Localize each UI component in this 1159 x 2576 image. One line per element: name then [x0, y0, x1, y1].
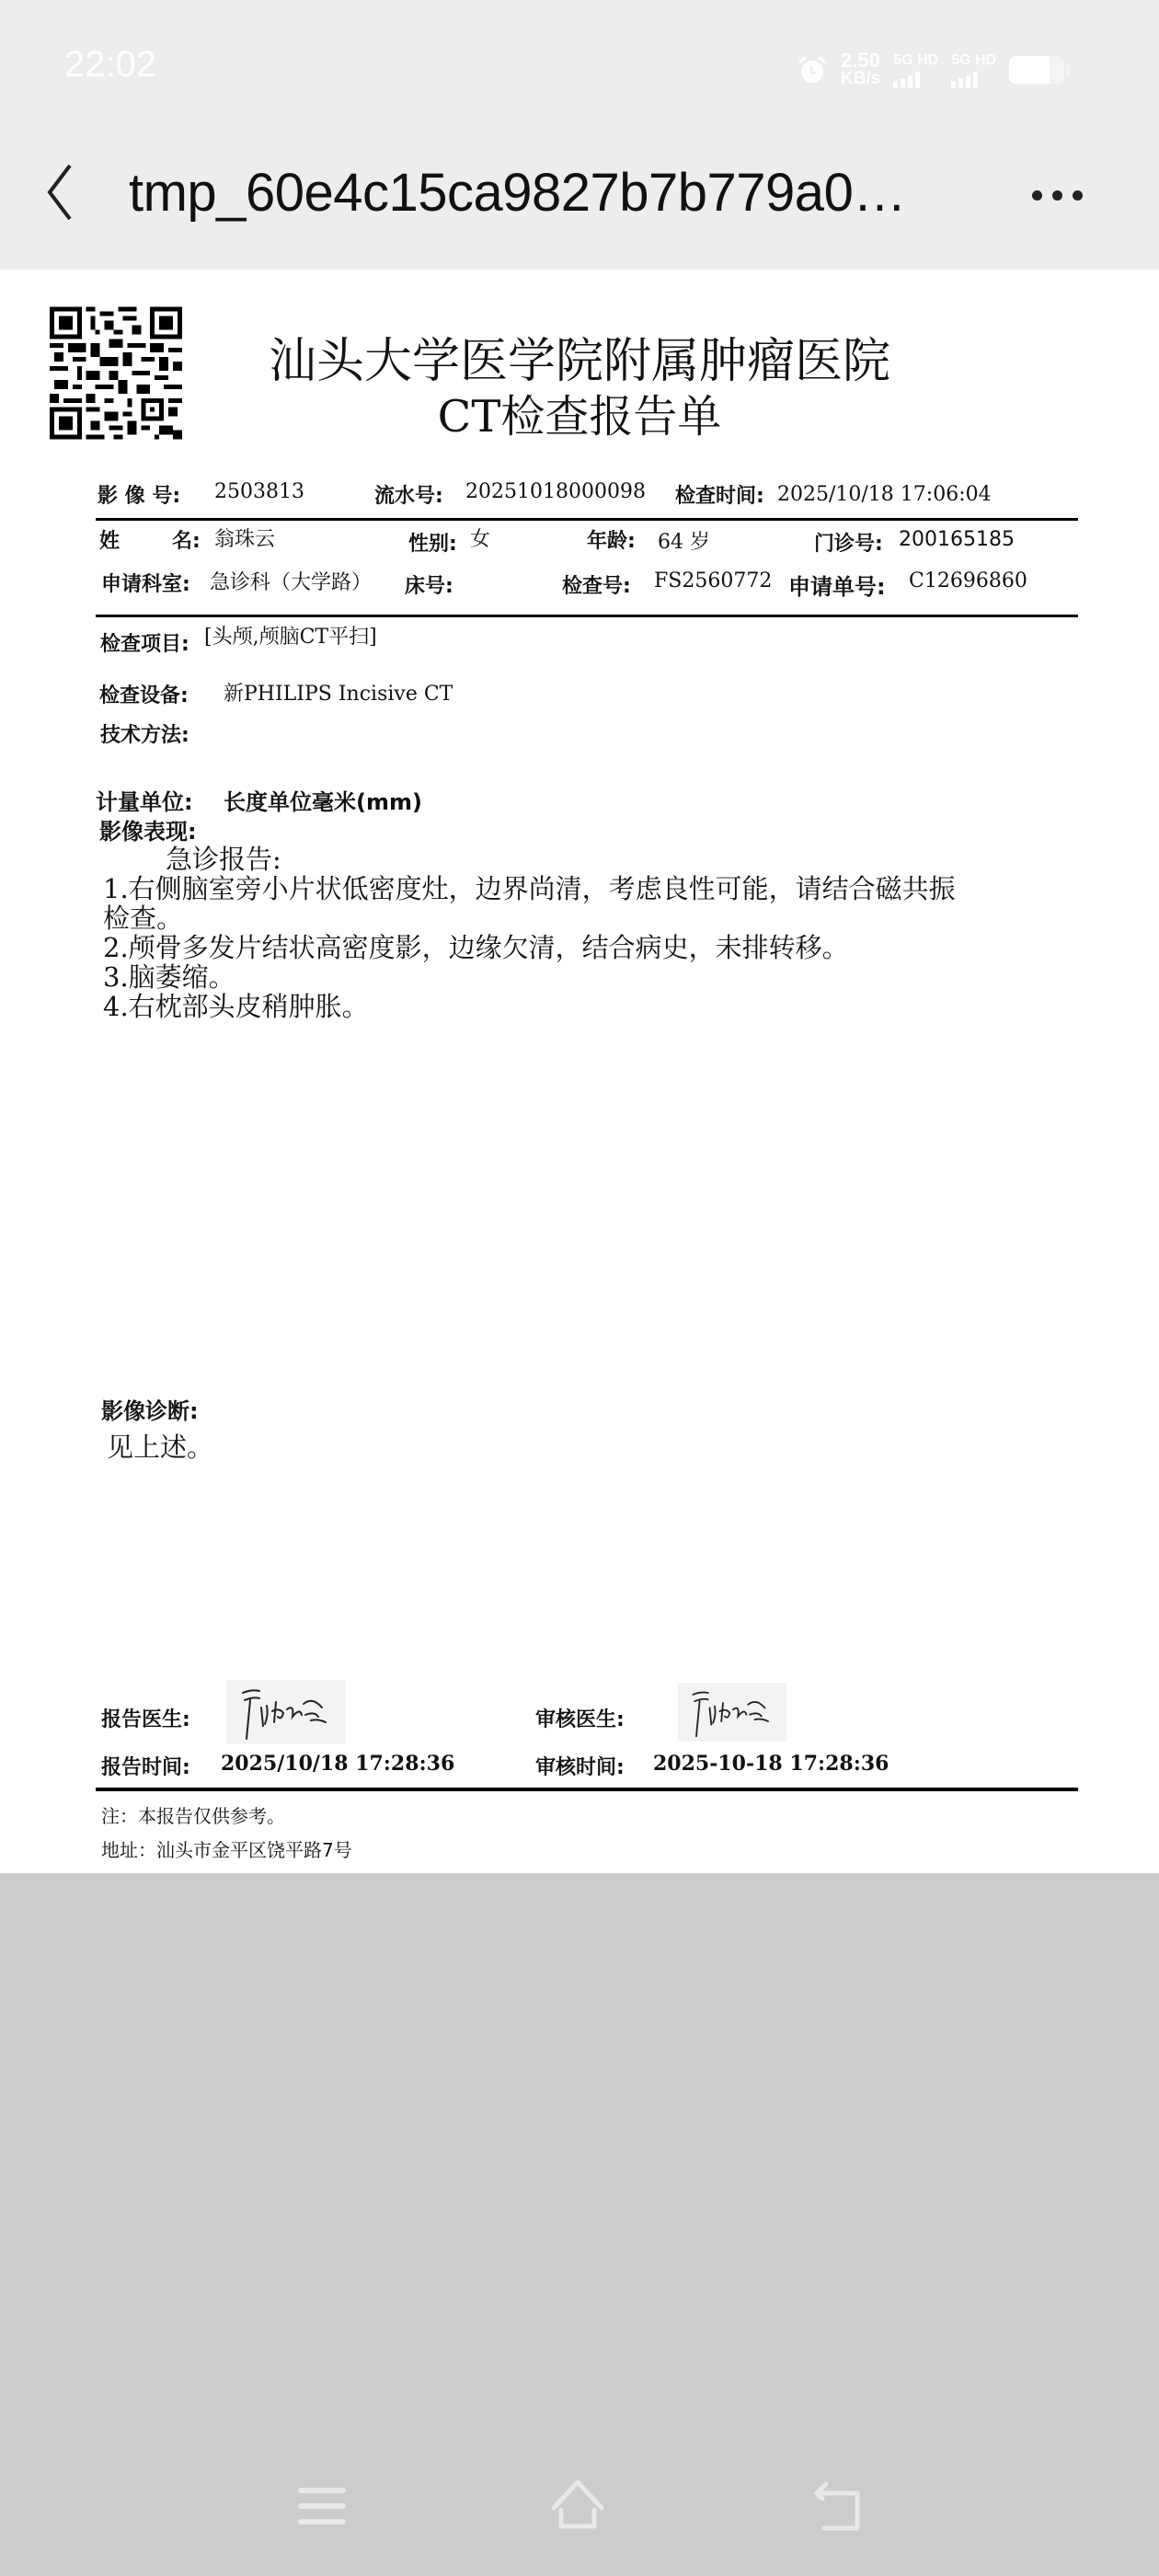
sim1-signal: 5G HD: [893, 52, 938, 88]
more-horizontal-icon: [1032, 190, 1042, 201]
app-header: [0, 0, 1159, 270]
age-label: 年龄:: [587, 525, 636, 554]
back-button[interactable]: [40, 162, 81, 223]
report-doctor-signature: [226, 1680, 346, 1744]
divider-line: [96, 615, 1078, 617]
bed-label: 床号:: [405, 570, 453, 599]
diagnosis-value: 见上述。: [107, 1427, 213, 1465]
findings-line-5: 4.右枕部头皮稍肿胀。: [103, 992, 369, 1021]
outpatient-no-label: 门诊号:: [814, 528, 883, 557]
net-speed-value: 2.50: [841, 52, 880, 70]
sex-label: 性别:: [408, 528, 457, 557]
name-label-1: 姓: [99, 525, 120, 554]
battery-icon: [1009, 56, 1064, 84]
technique-label: 技术方法:: [100, 719, 189, 748]
sex-value: 女: [470, 523, 490, 552]
report-document[interactable]: [0, 270, 1159, 1873]
exam-item-label: 检查项目:: [100, 628, 189, 657]
exam-time-value: 2025/10/18 17:06:04: [777, 483, 992, 506]
signature-icon: [678, 1683, 786, 1742]
more-dot: [1073, 190, 1083, 201]
device-value: 新PHILIPS Incisive CT: [224, 678, 453, 707]
age-value: 64 岁: [658, 526, 710, 555]
findings-line-1: 1.右侧脑室旁小片状低密度灶，边界尚清，考虑良性可能，请结合磁共振: [103, 874, 956, 903]
net-speed-unit: KB/s: [841, 70, 880, 88]
divider-line: [96, 1788, 1078, 1791]
review-doctor-signature: [678, 1683, 786, 1742]
review-time-value: 2025-10-18 17:28:36: [653, 1752, 889, 1776]
device-label: 检查设备:: [99, 680, 189, 708]
exam-item-value: [头颅,颅脑CT平扫]: [204, 621, 377, 650]
signature-icon: [226, 1680, 346, 1744]
signal-bars-icon: [951, 72, 978, 88]
serial-no-label: 流水号:: [374, 480, 443, 509]
exam-no-value: FS2560772: [654, 569, 772, 592]
recent-apps-icon[interactable]: [294, 2480, 350, 2532]
unit-value: 长度单位毫米(mm): [224, 784, 422, 816]
more-dot: [1052, 190, 1062, 201]
hospital-address: 地址：汕头市金平区饶平路7号: [101, 1835, 352, 1862]
findings-line-4: 3.脑萎缩。: [103, 962, 235, 992]
document-title: tmp_60e4c15ca9827b7b779a0…: [129, 162, 906, 224]
report-doctor-label: 报告医生:: [101, 1704, 190, 1732]
disclaimer-note: 注：本报告仅供参考。: [101, 1801, 285, 1828]
findings-line-3: 2.颅骨多发片结状高密度影，边缘欠清，结合病史，未排转移。: [103, 933, 849, 962]
report-time-label: 报告时间:: [101, 1752, 190, 1780]
dept-label: 申请科室:: [101, 569, 190, 597]
findings-line-2: 检查。: [103, 903, 183, 933]
report-time-value: 2025/10/18 17:28:36: [221, 1752, 454, 1776]
divider-line: [96, 518, 1078, 521]
findings-heading: 急诊报告:: [166, 845, 281, 874]
more-options-button[interactable]: [1032, 184, 1096, 206]
exam-time-label: 检查时间:: [675, 480, 764, 509]
chevron-left-icon: [40, 162, 81, 223]
status-icons: 2.50 KB/s 5G HD 5G HD: [797, 44, 1064, 96]
signal-bars-icon: [893, 72, 920, 88]
serial-no-value: 20251018000098: [465, 480, 646, 503]
report-type: CT检查报告单: [0, 381, 1159, 444]
alarm-clock-icon: [797, 54, 828, 86]
findings-label: 影像表现:: [99, 813, 197, 845]
status-time: 22:02: [64, 44, 156, 86]
dept-value: 急诊科（大学路）: [210, 567, 372, 595]
home-icon[interactable]: [550, 2480, 605, 2532]
network-speed: 2.50 KB/s: [841, 52, 880, 88]
exam-no-label: 检查号:: [562, 570, 631, 599]
image-no-value: 2503813: [214, 480, 304, 503]
sim2-signal: 5G HD: [951, 52, 996, 88]
diagnosis-label: 影像诊断:: [101, 1393, 199, 1425]
patient-name: 翁珠云: [214, 523, 275, 552]
request-no-value: C12696860: [909, 569, 1027, 592]
review-doctor-label: 审核医生:: [535, 1704, 625, 1732]
outpatient-no-value: 200165185: [899, 528, 1015, 551]
image-no-label: 影 像 号:: [98, 480, 180, 509]
review-time-label: 审核时间:: [535, 1752, 625, 1780]
back-icon[interactable]: [809, 2480, 865, 2532]
request-no-label: 申请单号:: [788, 569, 886, 601]
name-label-2: 名:: [172, 525, 201, 554]
unit-label: 计量单位:: [96, 784, 193, 816]
